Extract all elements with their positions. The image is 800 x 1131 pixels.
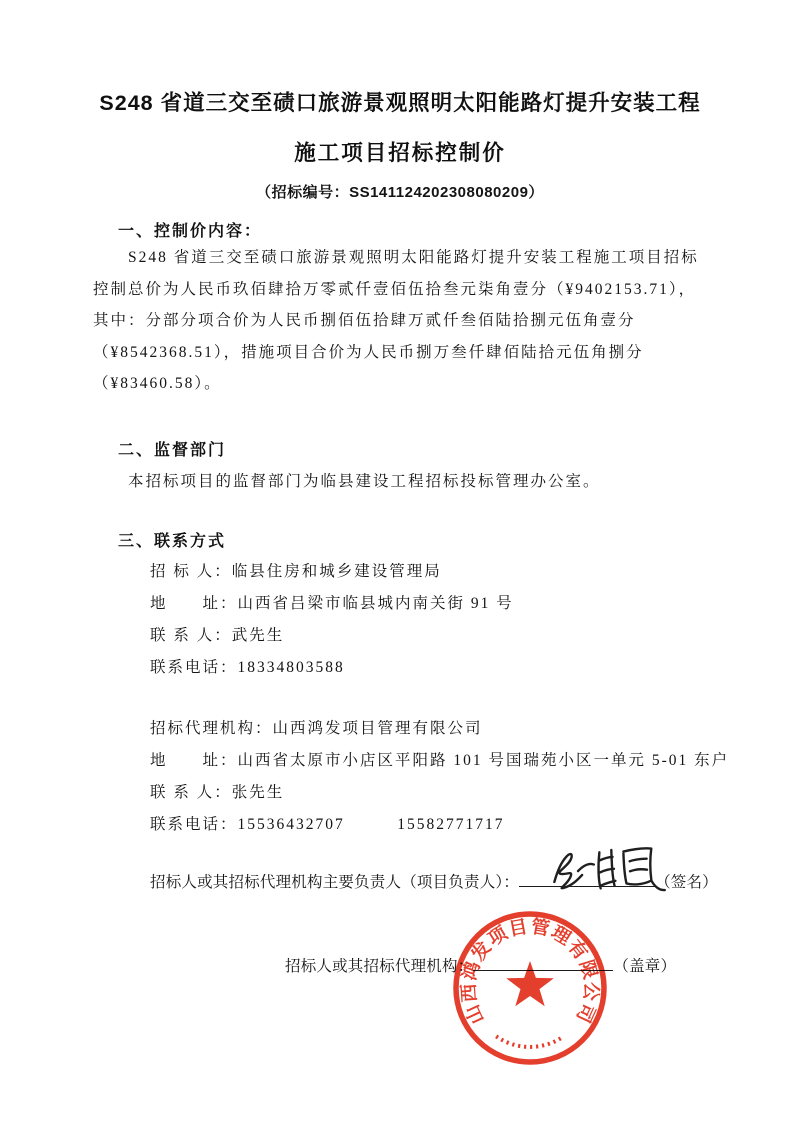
company-seal-stamp: 山西鸿发项目管理有限公司 <box>451 909 609 1067</box>
address-value: 山西省吕梁市临县城内南关街 91 号 <box>238 595 514 612</box>
document-page: S248 省道三交至碛口旅游景观照明太阳能路灯提升安装工程 施工项目招标控制价 … <box>0 0 800 1131</box>
contact-label: 联 系 人： <box>150 627 232 644</box>
agency-address-row: 地 址：山西省太原市小店区平阳路 101 号国瑞苑小区一单元 5-01 东户 <box>150 748 729 770</box>
price-paragraph-line: （¥8542368.51），措施项目合价为人民币捌万叁仟肆佰陆拾元伍角捌分 <box>93 337 711 369</box>
address-label: 地 址： <box>150 595 238 612</box>
price-paragraph-line: S248 省道三交至碛口旅游景观照明太阳能路灯提升安装工程施工项目招标 <box>93 242 711 274</box>
page-title-line2: 施工项目招标控制价 <box>0 136 800 167</box>
agency-label: 招标代理机构： <box>150 720 273 737</box>
agency-phone-row: 联系电话：15536432707 15582771717 <box>150 812 505 834</box>
phone-value: 15536432707 15582771717 <box>238 816 505 833</box>
tenderer-value: 临县住房和城乡建设管理局 <box>232 563 442 580</box>
price-paragraph-line: 其中：分部分项合价为人民币捌佰伍拾肆万贰仟叁佰陆拾捌元伍角壹分 <box>93 305 711 337</box>
tenderer-phone-row: 联系电话：18334803588 <box>150 655 345 677</box>
price-paragraph-line: （¥83460.58）。 <box>93 368 711 400</box>
control-price-paragraph: S248 省道三交至碛口旅游景观照明太阳能路灯提升安装工程施工项目招标 控制总价… <box>93 242 711 400</box>
org-label: 招标人或其招标代理机构： <box>285 958 473 975</box>
phone-label: 联系电话： <box>150 816 238 833</box>
agency-contact-row: 联 系 人：张先生 <box>150 780 284 802</box>
stamp-suffix: （盖章） <box>613 958 676 975</box>
agency-value: 山西鸿发项目管理有限公司 <box>273 720 483 737</box>
address-value: 山西省太原市小店区平阳路 101 号国瑞苑小区一单元 5-01 东户 <box>238 752 730 769</box>
section-3-heading: 三、联系方式 <box>118 528 226 551</box>
star-icon <box>506 961 554 1006</box>
tenderer-label: 招 标 人： <box>150 563 232 580</box>
section-1-heading: 一、控制价内容： <box>118 218 262 241</box>
bid-number: （招标编号：SS141124202308080209） <box>0 181 800 202</box>
section-2-heading: 二、监督部门 <box>118 437 226 460</box>
agency-row: 招标代理机构：山西鸿发项目管理有限公司 <box>150 716 483 738</box>
tenderer-address-row: 地 址：山西省吕梁市临县城内南关街 91 号 <box>150 591 514 613</box>
responsible-person-label: 招标人或其招标代理机构主要负责人（项目负责人）： <box>150 874 519 891</box>
page-title-line1: S248 省道三交至碛口旅游景观照明太阳能路灯提升安装工程 <box>0 86 800 117</box>
phone-label: 联系电话： <box>150 659 238 676</box>
contact-label: 联 系 人： <box>150 784 232 801</box>
tenderer-row: 招 标 人：临县住房和城乡建设管理局 <box>150 559 442 581</box>
address-label: 地 址： <box>150 752 238 769</box>
contact-value: 武先生 <box>232 627 285 644</box>
phone-value: 18334803588 <box>238 659 345 676</box>
price-paragraph-line: 控制总价为人民币玖佰肆拾万零贰仟壹佰伍拾叁元柒角壹分（¥9402153.71）， <box>93 274 711 306</box>
tenderer-contact-row: 联 系 人：武先生 <box>150 623 284 645</box>
supervision-department-text: 本招标项目的监督部门为临县建设工程招标投标管理办公室。 <box>128 469 601 491</box>
seal-serial-dots <box>496 1036 564 1047</box>
handwritten-signature <box>548 840 672 900</box>
contact-value: 张先生 <box>232 784 285 801</box>
